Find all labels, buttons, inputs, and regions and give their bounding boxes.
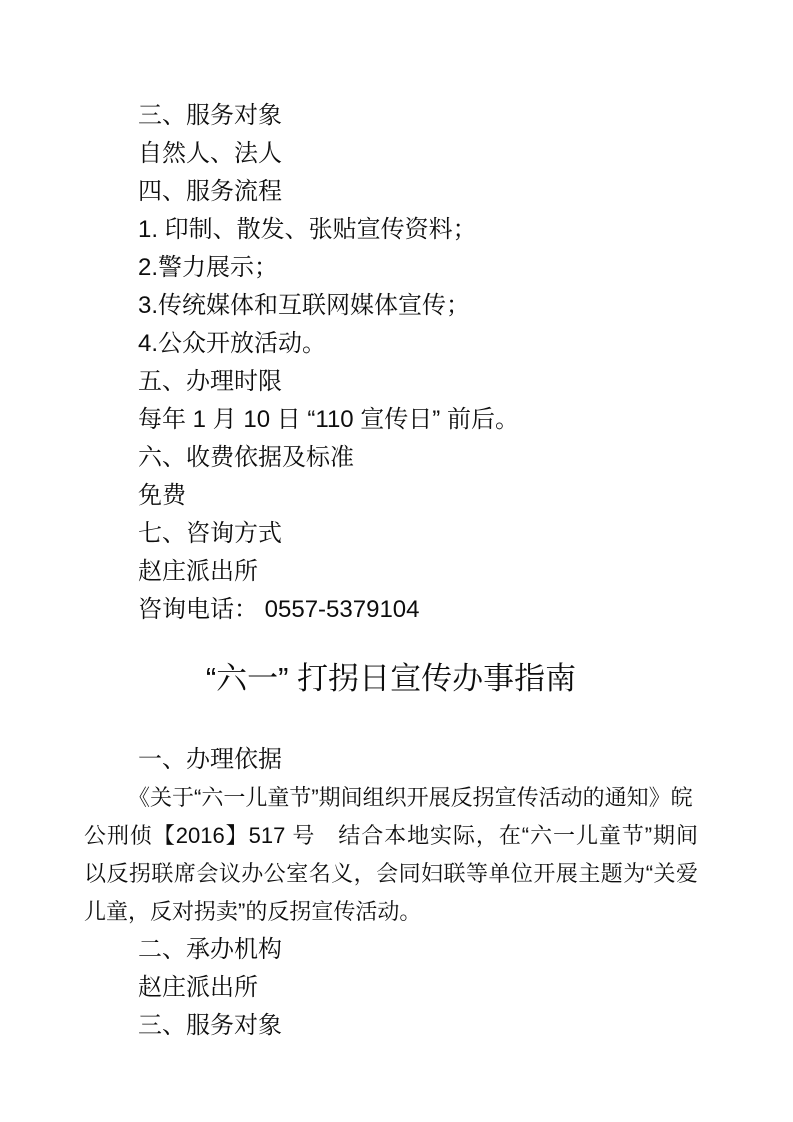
section-heading-service-target: 三、服务对象	[84, 97, 698, 135]
basis-paragraph-line: 《关于“六一儿童节”期间组织开展反拐宣传活动的通知》皖	[84, 779, 698, 817]
agency-name: 赵庄派出所	[84, 969, 698, 1007]
service-flow-step-3: 3.传统媒体和互联网媒体宣传；	[84, 287, 698, 325]
service-flow-step-2: 2.警力展示；	[84, 249, 698, 287]
basis-paragraph-line: 儿童，反对拐卖”的反拐宣传活动。	[84, 893, 698, 931]
basis-paragraph-line: 以反拐联席会议办公室名义，会同妇联等单位开展主题为“关爱	[84, 855, 698, 893]
section-heading-consultation: 七、咨询方式	[84, 515, 698, 553]
service-flow-step-4: 4.公众开放活动。	[84, 325, 698, 363]
guide-title: “六一” 打拐日宣传办事指南	[84, 655, 698, 703]
section-heading-agency: 二、承办机构	[84, 931, 698, 969]
section-heading-basis: 一、办理依据	[84, 741, 698, 779]
service-flow-step-1: 1. 印制、散发、张贴宣传资料；	[84, 211, 698, 249]
document-page: 三、服务对象 自然人、法人 四、服务流程 1. 印制、散发、张贴宣传资料； 2.…	[0, 0, 793, 1122]
service-target-value: 自然人、法人	[84, 135, 698, 173]
section-heading-service-flow: 四、服务流程	[84, 173, 698, 211]
consultation-agency: 赵庄派出所	[84, 553, 698, 591]
section-heading-time-limit: 五、办理时限	[84, 363, 698, 401]
section-heading-fee-standard: 六、收费依据及标准	[84, 439, 698, 477]
time-limit-value: 每年 1 月 10 日 “110 宣传日” 前后。	[84, 401, 698, 439]
section-heading-audience: 三、服务对象	[84, 1007, 698, 1045]
basis-paragraph-line: 公刑侦【2016】517 号 结合本地实际，在“六一儿童节”期间	[84, 817, 698, 855]
consultation-phone: 咨询电话： 0557-5379104	[84, 591, 698, 629]
fee-value: 免费	[84, 477, 698, 515]
